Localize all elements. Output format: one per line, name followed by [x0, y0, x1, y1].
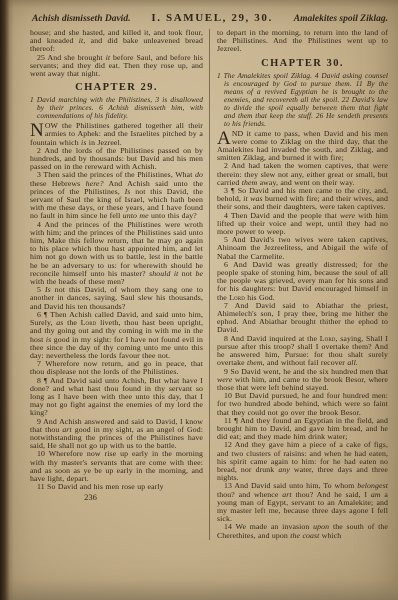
- verse-paragraph: 25 And she brought it before Saul, and b…: [30, 54, 203, 79]
- verse-paragraph: 14 We made an invasion upon the south of…: [217, 523, 388, 539]
- verse-paragraph: 4 And the princes of the Philistines wer…: [30, 221, 203, 287]
- verse-paragraph: 6 And David was greatly distressed; for …: [217, 261, 388, 302]
- verse-paragraph: 3 Then said the princes of the Philistin…: [30, 171, 203, 220]
- chapter-heading: CHAPTER 30.: [217, 57, 388, 70]
- chapter-summary: 1 The Amalekites spoil Ziklag. 4 David a…: [217, 72, 388, 128]
- right-column: to depart in the morning, to return into…: [209, 29, 388, 540]
- verse-paragraph: NOW the Philistines gathered together al…: [30, 122, 203, 147]
- verse-paragraph: 3 ¶ So David and his men came to the cit…: [217, 187, 388, 212]
- text-columns: house; and she hasted, and killed it, an…: [0, 24, 398, 540]
- verse-paragraph: 6 ¶ Then Achish called David, and said u…: [30, 311, 203, 360]
- verse-paragraph: 2 And the lords of the Philistines passe…: [30, 147, 203, 172]
- verse-paragraph: 8 And David inquired at the Lord, saying…: [217, 335, 388, 368]
- verse-paragraph: 8 ¶ And David said unto Achish, But what…: [30, 377, 203, 418]
- verse-paragraph: 5 And David's two wives were taken capti…: [217, 236, 388, 261]
- verse-paragraph: AND it came to pass, when David and his …: [217, 130, 388, 163]
- left-column: house; and she hasted, and killed it, an…: [30, 29, 209, 540]
- verse-paragraph: 11 ¶ And they found an Egyptian in the f…: [217, 417, 388, 442]
- verse-paragraph: 5 Is not this David, of whom they sang o…: [30, 286, 203, 311]
- verse-paragraph: 9 And Achish answered and said to David,…: [30, 418, 203, 451]
- book-spine-edge: [0, 0, 14, 600]
- verse-paragraph: 2 And had taken the women captives, that…: [217, 162, 388, 187]
- drop-cap: N: [30, 122, 45, 138]
- running-head-left: Achish dismisseth David.: [32, 14, 130, 24]
- book-title: I. SAMUEL, 29, 30.: [151, 12, 272, 24]
- chapter-heading: CHAPTER 29.: [30, 81, 203, 94]
- chapter-summary: 1 David marching with the Philistines, 3…: [30, 96, 203, 120]
- left-column-text: house; and she hasted, and killed it, an…: [30, 29, 203, 491]
- verse-paragraph: 12 And they gave him a piece of a cake o…: [217, 441, 388, 482]
- continuation-paragraph: to depart in the morning, to return into…: [217, 29, 388, 54]
- running-header: Achish dismisseth David. I. SAMUEL, 29, …: [0, 0, 398, 24]
- verse-paragraph: 11 So David and his men rose up early: [30, 483, 203, 491]
- verse-paragraph: 7 Wherefore now return, and go in peace,…: [30, 360, 203, 376]
- right-column-text: to depart in the morning, to return into…: [217, 29, 388, 540]
- continuation-paragraph: house; and she hasted, and killed it, an…: [30, 29, 203, 54]
- page-bottom-shadow: [0, 580, 398, 600]
- page-number: 236: [30, 492, 151, 502]
- drop-cap: A: [217, 130, 232, 146]
- verse-paragraph: 10 Wherefore now rise up early in the mo…: [30, 450, 203, 483]
- verse-paragraph: 7 And David said to Abiathar the priest,…: [217, 302, 388, 335]
- verse-paragraph: 9 So David went, he and the six hundred …: [217, 368, 388, 393]
- running-head-right: Amalekites spoil Ziklag.: [294, 14, 388, 24]
- verse-paragraph: 10 But David pursued, he and four hundre…: [217, 392, 388, 417]
- verse-paragraph: 13 And David said unto him, To whom belo…: [217, 482, 388, 523]
- verse-paragraph: 4 Then David and the people that were wi…: [217, 212, 388, 237]
